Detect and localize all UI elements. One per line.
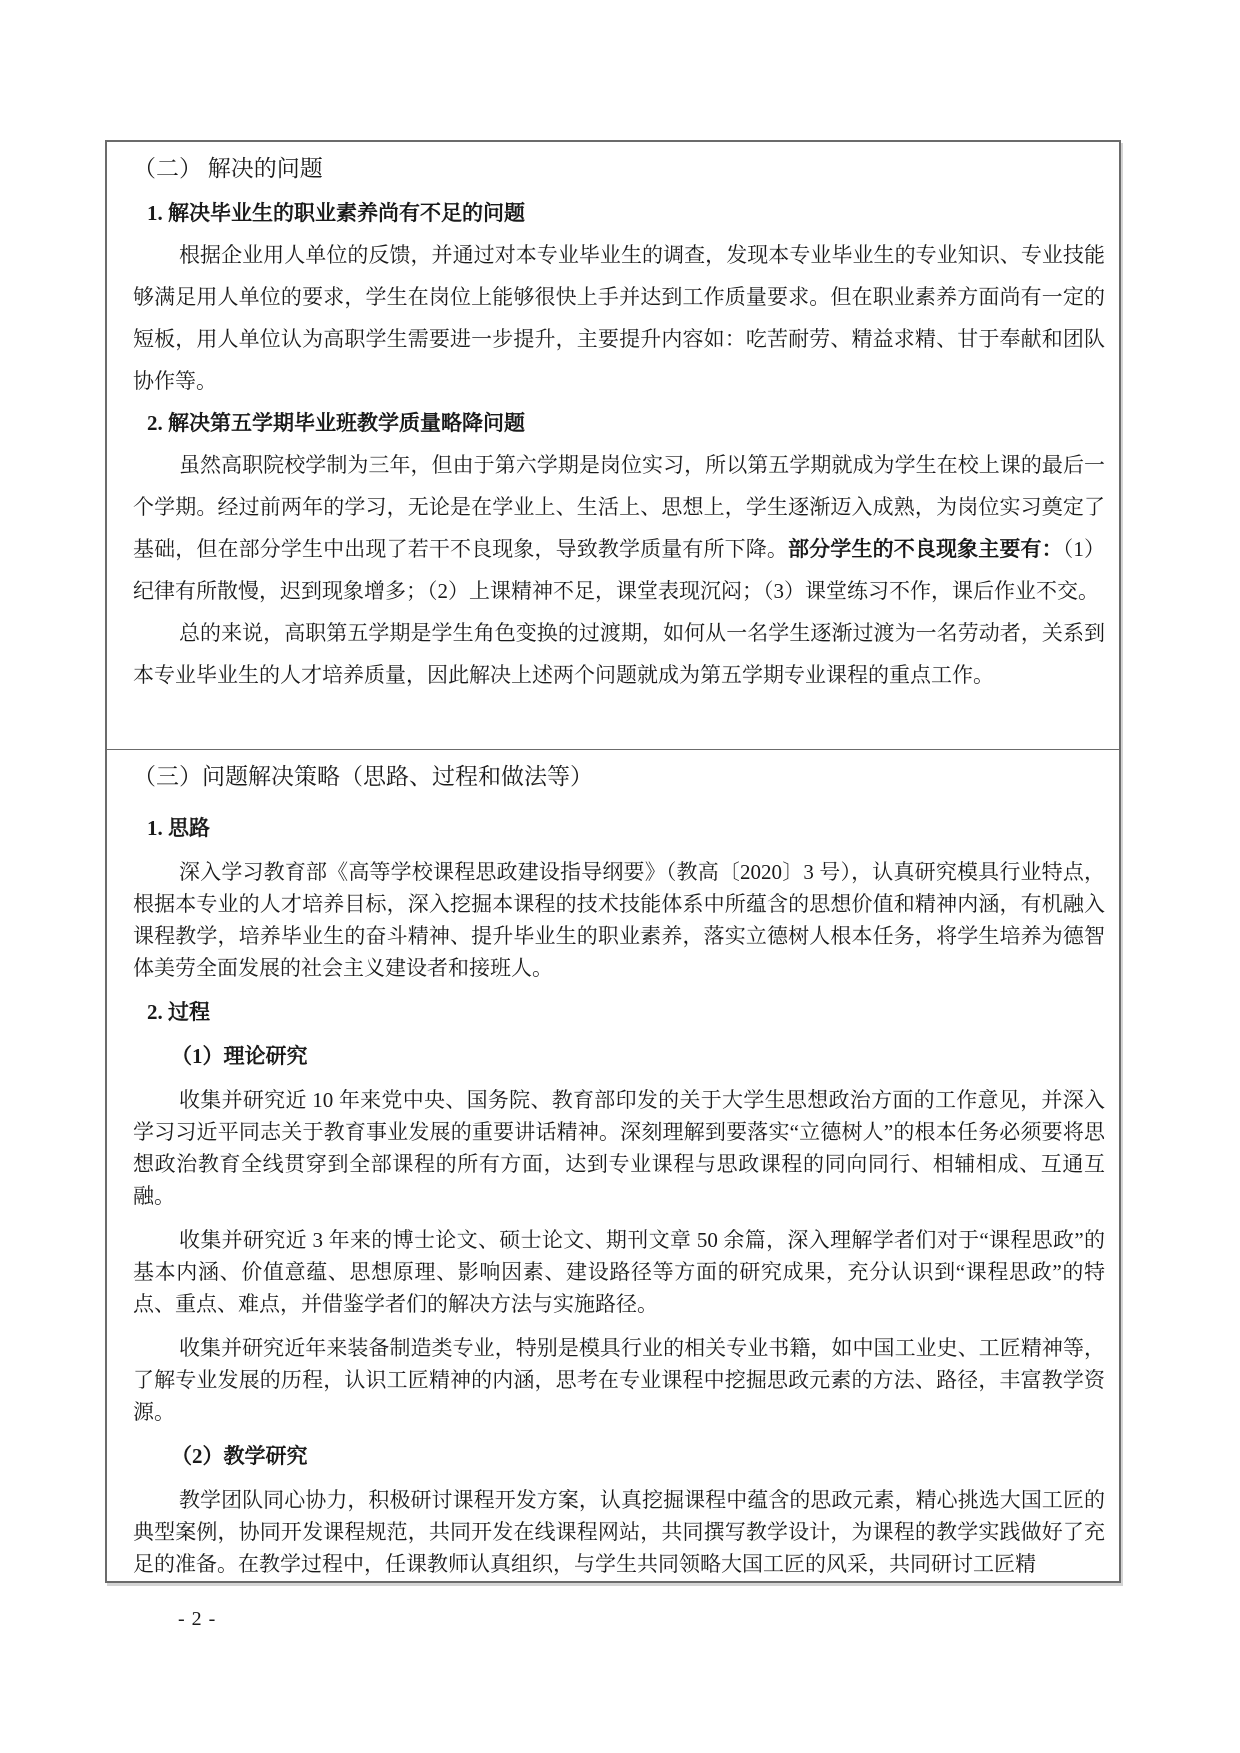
text-segment: 根据企业用人单位的反馈，并通过对本专业毕业生的调查，发现本专业毕业生的专业知识、… (133, 243, 1105, 393)
sub-heading: （1）理论研究 (133, 1040, 1105, 1072)
text-segment: 收集并研究近 10 年来党中央、国务院、教育部印发的关于大学生思想政治方面的工作… (133, 1088, 1105, 1208)
table-row-solution-strategy: （三）问题解决策略（思路、过程和做法等）1. 思路深入学习教育部《高等学校课程思… (107, 750, 1119, 1579)
sub-heading: （2）教学研究 (133, 1440, 1105, 1472)
paragraph: 虽然高职院校学制为三年，但由于第六学期是岗位实习，所以第五学期就成为学生在校上课… (133, 444, 1105, 612)
page-number: - 2 - (178, 1606, 216, 1632)
paragraph: 根据企业用人单位的反馈，并通过对本专业毕业生的调查，发现本专业毕业生的专业知识、… (133, 234, 1105, 402)
numbered-heading: 2. 过程 (133, 996, 1105, 1028)
paragraph: 收集并研究近 10 年来党中央、国务院、教育部印发的关于大学生思想政治方面的工作… (133, 1084, 1105, 1212)
bold-text-segment: 部分学生的不良现象主要有： (788, 537, 1063, 561)
text-segment: 收集并研究近 3 年来的博士论文、硕士论文、期刊文章 50 余篇，深入理解学者们… (133, 1228, 1105, 1316)
numbered-heading: 1. 思路 (133, 812, 1105, 844)
text-segment: 总的来说，高职第五学期是学生角色变换的过渡期，如何从一名学生逐渐过渡为一名劳动者… (133, 621, 1105, 687)
text-segment: 深入学习教育部《高等学校课程思政建设指导纲要》（教高〔2020〕3 号），认真研… (133, 860, 1105, 980)
paragraph: 深入学习教育部《高等学校课程思政建设指导纲要》（教高〔2020〕3 号），认真研… (133, 856, 1105, 984)
text-segment: 教学团队同心协力，积极研讨课程开发方案，认真挖掘课程中蕴含的思政元素，精心挑选大… (133, 1488, 1105, 1576)
numbered-heading: 1. 解决毕业生的职业素养尚有不足的问题 (133, 192, 1105, 234)
document-table: （二） 解决的问题1. 解决毕业生的职业素养尚有不足的问题根据企业用人单位的反馈… (105, 140, 1121, 1583)
paragraph: 总的来说，高职第五学期是学生角色变换的过渡期，如何从一名学生逐渐过渡为一名劳动者… (133, 612, 1105, 696)
paragraph: 教学团队同心协力，积极研讨课程开发方案，认真挖掘课程中蕴含的思政元素，精心挑选大… (133, 1484, 1105, 1579)
numbered-heading: 2. 解决第五学期毕业班教学质量略降问题 (133, 402, 1105, 444)
text-segment: 收集并研究近年来装备制造类专业，特别是模具行业的相关专业书籍，如中国工业史、工匠… (133, 1336, 1105, 1424)
section-header: （二） 解决的问题 (133, 146, 1105, 192)
paragraph: 收集并研究近年来装备制造类专业，特别是模具行业的相关专业书籍，如中国工业史、工匠… (133, 1332, 1105, 1428)
section-header: （三）问题解决策略（思路、过程和做法等） (133, 754, 1105, 800)
table-row-problems-solved: （二） 解决的问题1. 解决毕业生的职业素养尚有不足的问题根据企业用人单位的反馈… (107, 142, 1119, 750)
paragraph: 收集并研究近 3 年来的博士论文、硕士论文、期刊文章 50 余篇，深入理解学者们… (133, 1224, 1105, 1320)
